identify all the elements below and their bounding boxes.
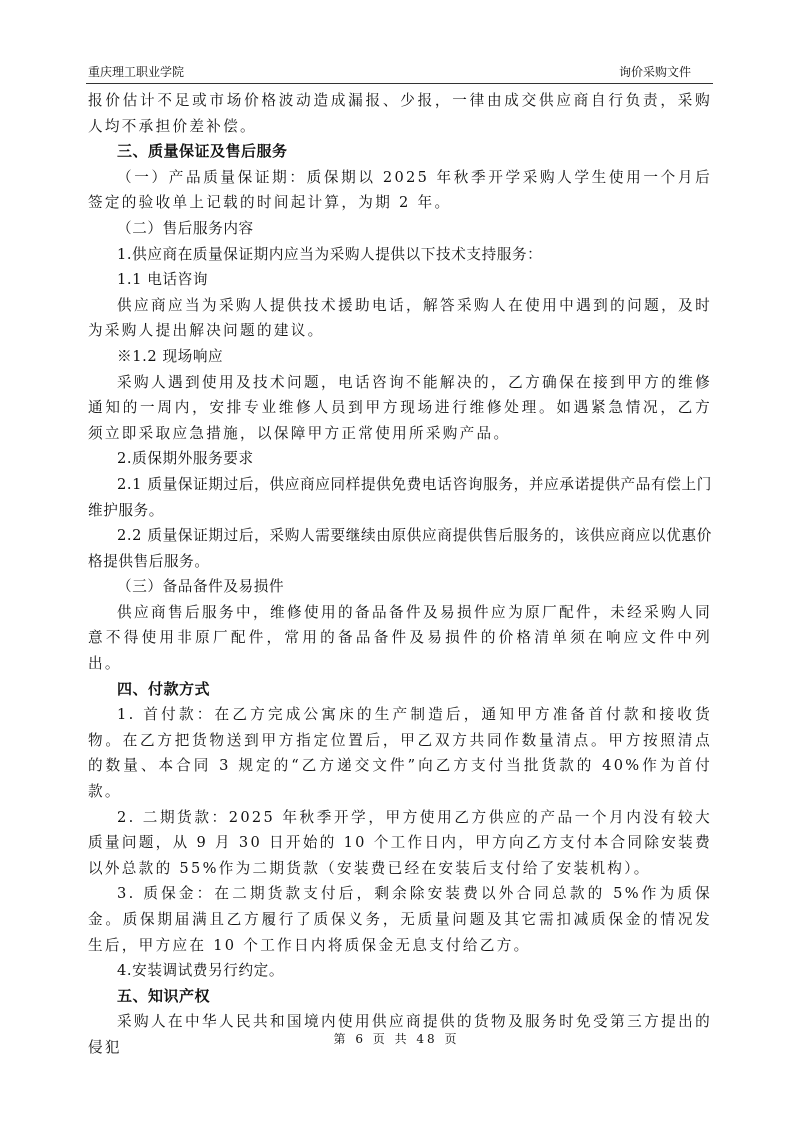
item-out-of-warranty-title: 2.质保期外服务要求 bbox=[88, 446, 712, 472]
header-institution: 重庆理工职业学院 bbox=[88, 63, 184, 81]
subheading-warranty-period: （一）产品质量保证期： bbox=[117, 169, 307, 186]
paragraph-warranty-period: （一）产品质量保证期：质保期以 2025 年秋季开学采购人学生使用一个月后签定的… bbox=[88, 165, 712, 216]
item-out-of-warranty-1: 2.1 质量保证期过后，供应商应同样提供免费电话咨询服务，并应承诺提供产品有偿上… bbox=[88, 472, 712, 523]
payment-item-1: 1. 首付款：在乙方完成公寓床的生产制造后，通知甲方准备首付款和接收货物。在乙方… bbox=[88, 702, 712, 804]
page-header: 重庆理工职业学院 询价采购文件 bbox=[86, 63, 713, 84]
page-number: 第 6 页 共 48 页 bbox=[0, 1030, 793, 1047]
subheading-spare-parts: （三）备品备件及易损件 bbox=[88, 574, 712, 600]
header-document-type: 询价采购文件 bbox=[619, 63, 691, 81]
paragraph-continuation: 报价估计不足或市场价格波动造成漏报、少报，一律由成交供应商自行负责，采购人均不承… bbox=[88, 88, 712, 139]
item-phone-consult-text: 供应商应当为采购人提供技术援助电话，解答采购人在使用中遇到的问题，及时为采购人提… bbox=[88, 293, 712, 344]
document-body: 报价估计不足或市场价格波动造成漏报、少报，一律由成交供应商自行负责，采购人均不承… bbox=[88, 88, 712, 1061]
paragraph-spare-parts: 供应商售后服务中，维修使用的备品备件及易损件应为原厂配件，未经采购人同意不得使用… bbox=[88, 600, 712, 677]
section-heading-payment: 四、付款方式 bbox=[88, 677, 712, 703]
payment-item-3: 3. 质保金：在二期货款支付后，剩余除安装费以外合同总款的 5%作为质保金。质保… bbox=[88, 881, 712, 958]
item-onsite-response-title: ※1.2 现场响应 bbox=[88, 344, 712, 370]
item-tech-support: 1.供应商在质量保证期内应当为采购人提供以下技术支持服务： bbox=[88, 242, 712, 268]
payment-item-4: 4.安装调试费另行约定。 bbox=[88, 958, 712, 984]
item-phone-consult-title: 1.1 电话咨询 bbox=[88, 267, 712, 293]
section-heading-ip: 五、知识产权 bbox=[88, 984, 712, 1010]
item-out-of-warranty-2: 2.2 质量保证期过后，采购人需要继续由原供应商提供售后服务的，该供应商应以优惠… bbox=[88, 523, 712, 574]
payment-item-2: 2. 二期货款：2025 年秋季开学，甲方使用乙方供应的产品一个月内没有较大质量… bbox=[88, 805, 712, 882]
subheading-after-sales: （二）售后服务内容 bbox=[88, 216, 712, 242]
item-onsite-response-text: 采购人遇到使用及技术问题，电话咨询不能解决的，乙方确保在接到甲方的维修通知的一周… bbox=[88, 370, 712, 447]
section-heading-quality-service: 三、质量保证及售后服务 bbox=[88, 139, 712, 165]
